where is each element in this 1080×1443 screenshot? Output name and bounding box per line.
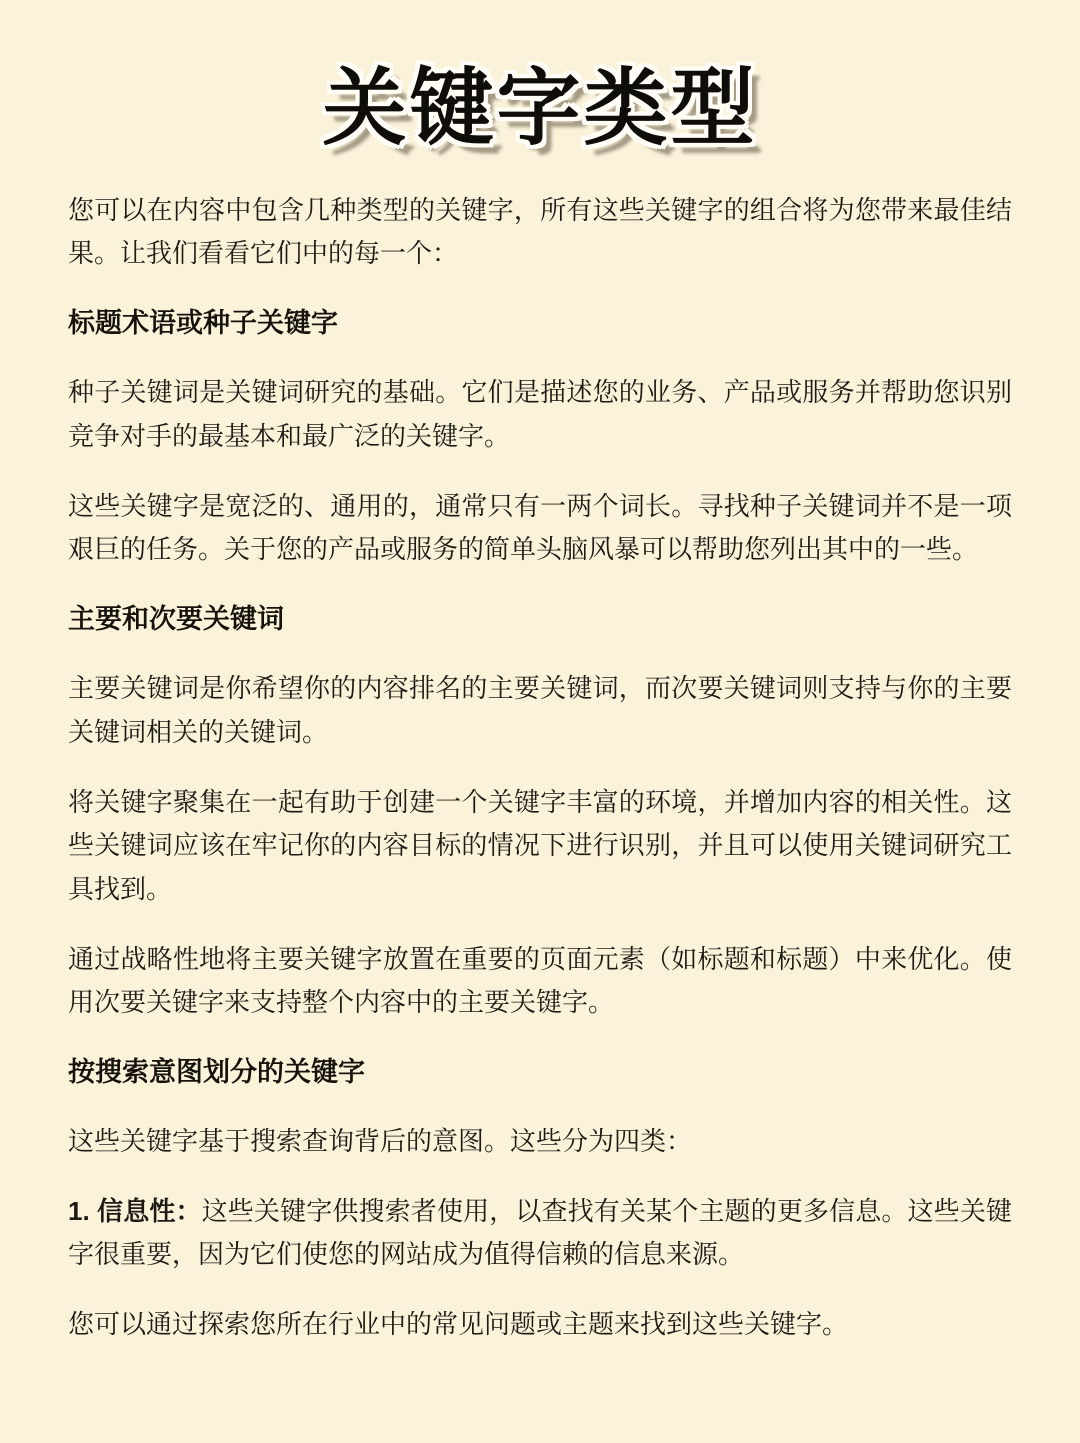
paragraph-seed-keywords-1: 种子关键词是关键词研究的基础。它们是描述您的业务、产品或服务并帮助您识别竞争对手… bbox=[68, 371, 1012, 458]
section-heading-search-intent-keywords: 按搜索意图划分的关键字 bbox=[68, 1051, 1012, 1094]
paragraph-primary-secondary-1: 主要关键词是你希望你的内容排名的主要关键词，而次要关键词则支持与你的主要关键词相… bbox=[68, 667, 1012, 754]
page-title: 关键字类型 bbox=[68, 58, 1012, 159]
article-page: 关键字类型 您可以在内容中包含几种类型的关键字，所有这些关键字的组合将为您带来最… bbox=[0, 0, 1080, 1443]
paragraph-informational-tip: 您可以通过探索您所在行业中的常见问题或主题来找到这些关键字。 bbox=[68, 1303, 1012, 1347]
list-item-lead: 1. 信息性： bbox=[68, 1196, 202, 1226]
intro-paragraph: 您可以在内容中包含几种类型的关键字，所有这些关键字的组合将为您带来最佳结果。让我… bbox=[68, 189, 1012, 276]
section-heading-seed-keywords: 标题术语或种子关键字 bbox=[68, 302, 1012, 345]
paragraph-primary-secondary-3: 通过战略性地将主要关键字放置在重要的页面元素（如标题和标题）中来优化。使用次要关… bbox=[68, 938, 1012, 1025]
article-body: 您可以在内容中包含几种类型的关键字，所有这些关键字的组合将为您带来最佳结果。让我… bbox=[68, 189, 1012, 1347]
list-item-informational-keywords: 1. 信息性：这些关键字供搜索者使用，以查找有关某个主题的更多信息。这些关键字很… bbox=[68, 1190, 1012, 1277]
paragraph-seed-keywords-2: 这些关键字是宽泛的、通用的，通常只有一两个词长。寻找种子关键词并不是一项艰巨的任… bbox=[68, 485, 1012, 572]
section-heading-primary-secondary-keywords: 主要和次要关键词 bbox=[68, 598, 1012, 641]
paragraph-search-intent-intro: 这些关键字基于搜索查询背后的意图。这些分为四类： bbox=[68, 1120, 1012, 1164]
paragraph-primary-secondary-2: 将关键字聚集在一起有助于创建一个关键字丰富的环境，并增加内容的相关性。这些关键词… bbox=[68, 781, 1012, 912]
list-item-text: 这些关键字供搜索者使用，以查找有关某个主题的更多信息。这些关键字很重要，因为它们… bbox=[68, 1196, 1012, 1270]
